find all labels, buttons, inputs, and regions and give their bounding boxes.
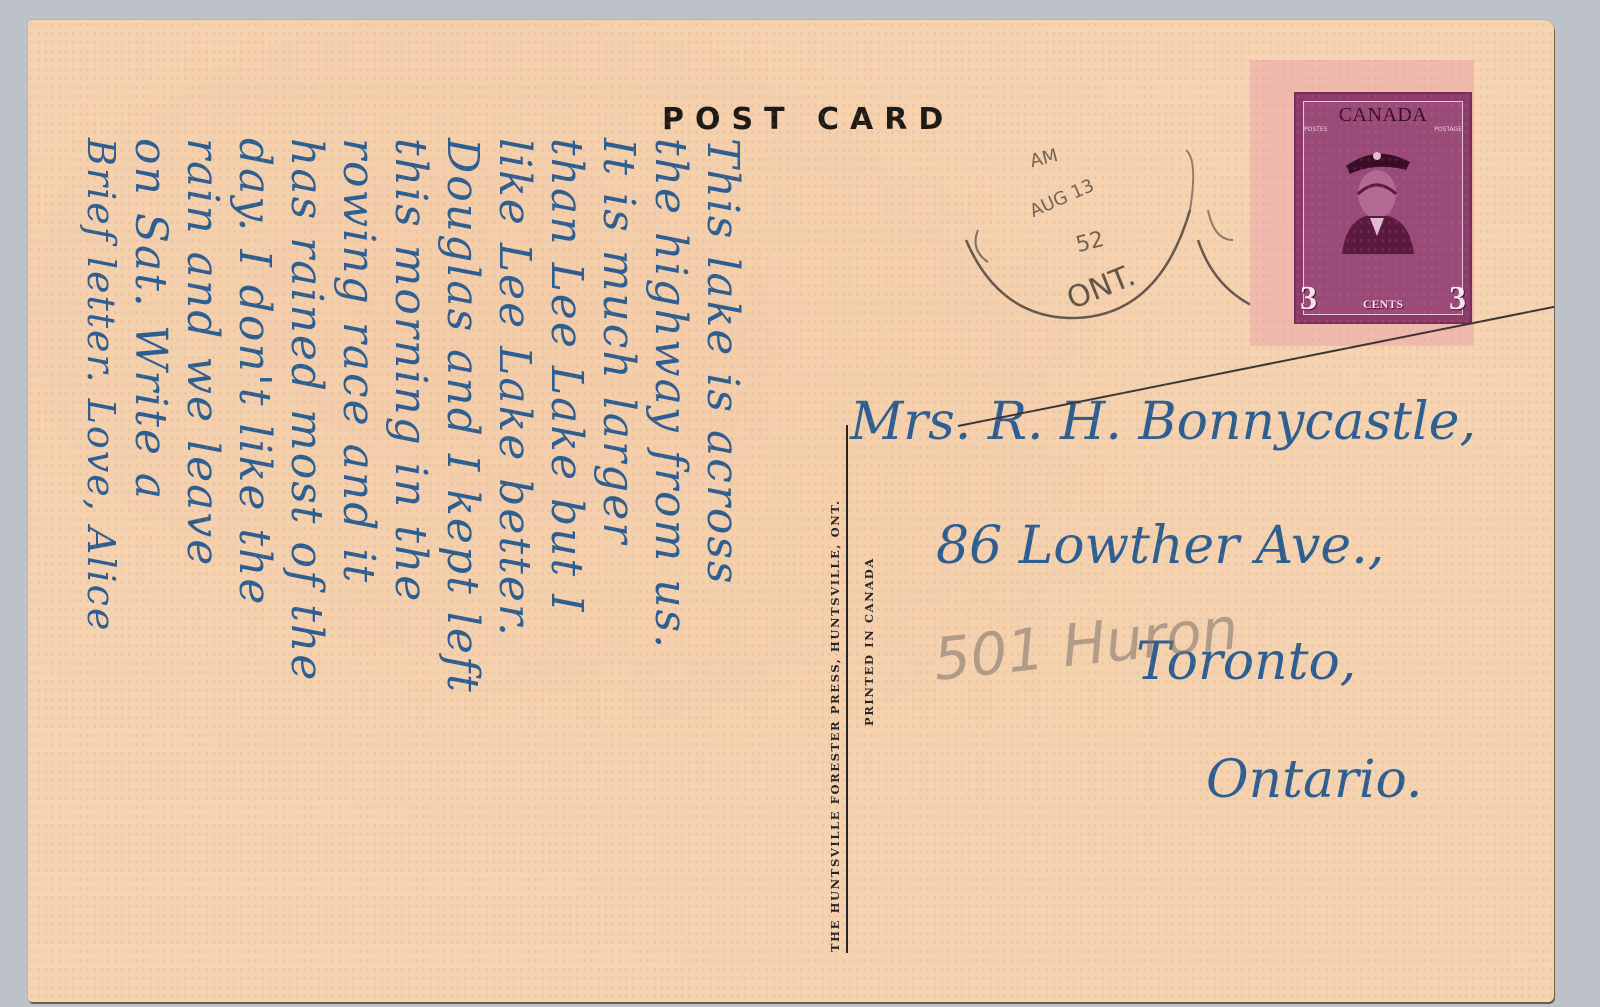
address-street: 86 Lowther Ave., — [936, 516, 1384, 576]
message-line: This lake is across — [700, 138, 744, 586]
message-line: Douglas and I kept left — [440, 138, 484, 694]
publisher-imprint: THE HUNTSVILLE FORESTER PRESS, HUNTSVILL… — [828, 499, 842, 952]
stamp-value-right: 3 — [1449, 282, 1466, 316]
address-name: Mrs. R. H. Bonnycastle, — [850, 392, 1476, 452]
message-line: the highway from us. — [648, 138, 692, 650]
message-line: day. I don't like the — [232, 138, 276, 606]
address-province: Ontario. — [1206, 750, 1422, 810]
message-line: on Sat. Write a — [128, 138, 172, 501]
stamp-postage-label: POSTAGE — [1434, 126, 1462, 133]
postcard-back: POST CARD THE HUNTSVILLE FORESTER PRESS,… — [28, 20, 1554, 1002]
message-line: rowing race and it — [336, 138, 380, 584]
message-line: has rained most of the — [284, 138, 328, 682]
king-portrait-icon — [1336, 136, 1418, 254]
stamp-value-left: 3 — [1300, 282, 1317, 316]
message-line: It is much larger — [596, 138, 640, 545]
postage-stamp: CANADA POSTES POSTAGE 3 CENTS 3 — [1294, 92, 1472, 324]
center-divider — [846, 425, 848, 953]
stamp-value: 3 CENTS 3 — [1300, 282, 1466, 316]
message-line: Brief letter. Love, Alice — [82, 138, 120, 632]
stamp-postes-label: POSTES — [1304, 126, 1327, 133]
stamp-value-label: CENTS — [1363, 297, 1403, 312]
message-line: this morning in the — [388, 138, 432, 603]
message-line: than Lee Lake but I — [544, 138, 588, 614]
printed-in-imprint: PRINTED IN CANADA — [862, 557, 876, 726]
message-line: like Lee Lake better. — [492, 138, 536, 638]
postcard-title: POST CARD — [662, 102, 954, 137]
message-line: rain and we leave — [180, 138, 224, 567]
stamp-country: CANADA — [1296, 104, 1470, 127]
handwritten-message: This lake is across the highway from us.… — [68, 138, 748, 998]
